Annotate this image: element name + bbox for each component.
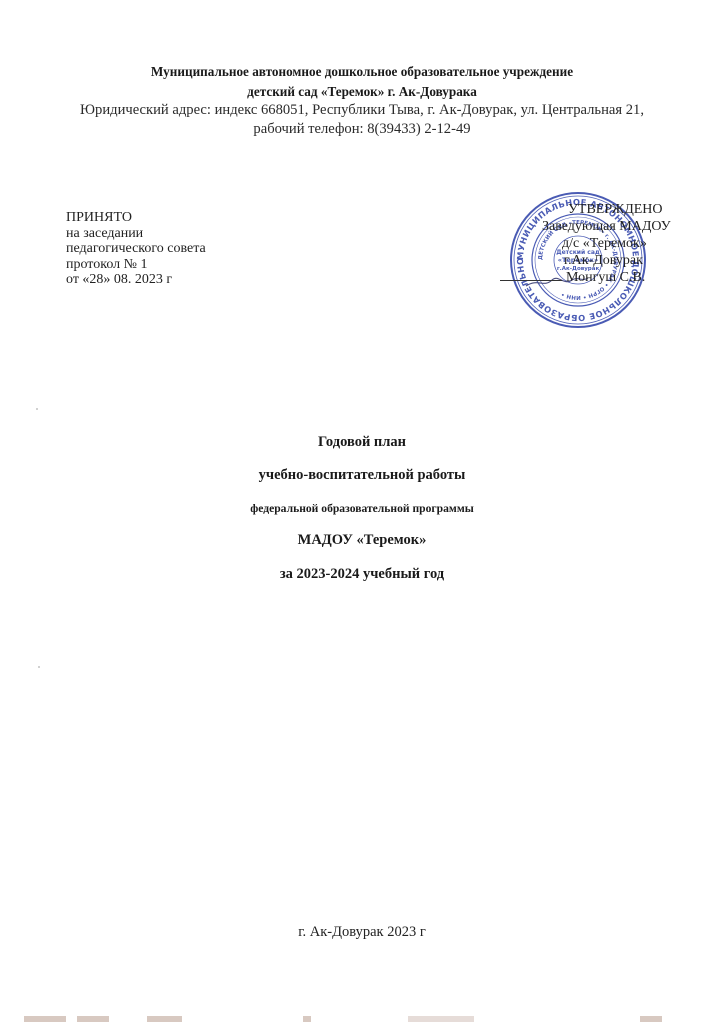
scan-mark bbox=[24, 1016, 66, 1022]
approver-name: Монгуш С.В. bbox=[566, 270, 645, 285]
institution-subname: детский сад «Теремок» г. Ак-Довурака bbox=[60, 82, 664, 101]
institution-name: Муниципальное автономное дошкольное обра… bbox=[60, 62, 664, 82]
approver-signature: Монгуш С.В. bbox=[500, 269, 671, 286]
accepted-title: ПРИНЯТО bbox=[66, 210, 206, 226]
scan-mark bbox=[408, 1016, 474, 1022]
approved-block: УТВЕРЖДЕНО Заведующая МАДОУ д/с «Теремок… bbox=[530, 201, 671, 286]
scan-mark bbox=[303, 1016, 311, 1022]
protocol-number: протокол № 1 bbox=[66, 257, 206, 273]
accepted-line: на заседании bbox=[66, 226, 206, 242]
scan-mark bbox=[147, 1016, 182, 1022]
approver-position: Заведующая МАДОУ bbox=[542, 218, 671, 235]
scan-speck bbox=[38, 666, 40, 668]
scan-edge-artifacts bbox=[0, 1016, 724, 1024]
protocol-date: от «28» 08. 2023 г bbox=[66, 272, 206, 288]
legal-address: Юридический адрес: индекс 668051, Респуб… bbox=[60, 101, 664, 120]
document-page: Муниципальное автономное дошкольное обра… bbox=[0, 0, 724, 1024]
approved-title: УТВЕРЖДЕНО bbox=[568, 201, 671, 218]
document-org: МАДОУ «Теремок» bbox=[150, 530, 574, 550]
scan-mark bbox=[640, 1016, 662, 1022]
document-program: федеральной образовательной программы bbox=[150, 501, 574, 517]
accepted-line: педагогического совета bbox=[66, 241, 206, 257]
approver-org: д/с «Теремок» bbox=[562, 235, 671, 252]
document-title-block: Годовой план учебно-воспитательной работ… bbox=[150, 432, 574, 584]
signature-line bbox=[500, 280, 562, 281]
institution-header: Муниципальное автономное дошкольное обра… bbox=[60, 62, 664, 138]
place-and-year: г. Ак-Довурак 2023 г bbox=[150, 923, 574, 941]
document-subtitle: учебно-воспитательной работы bbox=[150, 465, 574, 485]
accepted-block: ПРИНЯТО на заседании педагогического сов… bbox=[66, 210, 206, 288]
scan-speck bbox=[36, 408, 38, 410]
document-period: за 2023-2024 учебный год bbox=[150, 564, 574, 584]
scan-mark bbox=[77, 1016, 109, 1022]
document-title: Годовой план bbox=[150, 432, 574, 452]
work-phone: рабочий телефон: 8(39433) 2-12-49 bbox=[60, 120, 664, 138]
approver-city: г.Ак-Довурак bbox=[564, 252, 671, 269]
